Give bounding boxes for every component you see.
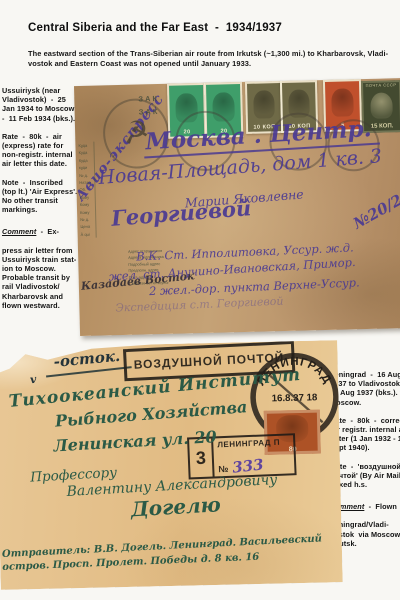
- comment-first-line: - Ex-: [36, 227, 59, 236]
- cover-ussuiriysk-card: Авио-экспресс ☭ ЗАК ЗАК LETTRE Куда Куда…: [74, 78, 400, 336]
- exhibit-page: Central Siberia and the Far East - 1934/…: [0, 0, 400, 600]
- right-caption-rate: Rate - 80k - correct for registr. intern…: [330, 416, 400, 453]
- stamp-figure: [331, 88, 353, 116]
- page-title: Central Siberia and the Far East - 1934/…: [28, 22, 282, 34]
- cds-date-text: 16.8.37 18: [272, 392, 319, 404]
- vladivostok-script-end: -осток.: [53, 347, 121, 371]
- card-form-labels: Куда Куда Куда куди № д. Натар. Об. Кому…: [78, 142, 97, 239]
- left-caption-origin: Ussuiriysk (near Vladivostok) - 25 Jan 1…: [2, 86, 80, 123]
- comment-label: Comment: [2, 227, 36, 236]
- stamp-row: 20 20 10 КОП 10 КОП 5 ПОЧТА СССР 15 КОП.: [74, 78, 400, 86]
- page-subtitle: The eastward section of the Trans-Siberi…: [28, 49, 388, 69]
- right-caption-origin: Leningrad - 16 Aug 1937 to Vladivostok 2…: [330, 370, 400, 407]
- left-caption-comment-tail: press air letter from Ussuiriysk train s…: [2, 246, 80, 310]
- registration-city: ЛЕНИНГРАД П: [217, 437, 289, 449]
- stamp-figure: [253, 90, 275, 118]
- address-surname: Георгиевой: [110, 195, 252, 231]
- imprint-inscription: ПОЧТА СССР: [366, 82, 397, 88]
- registration-no-label: №: [218, 464, 228, 474]
- faint-notation: Экспедиция с.т. Георгиевой: [115, 295, 284, 315]
- check-mark: v: [29, 373, 37, 387]
- address-surname: Догелю: [130, 492, 221, 521]
- cover-leningrad-envelope: -осток. v ВОЗДУШНОЙ ПОЧТОЙ ЛЕНИНГРАД 1 Э…: [0, 340, 343, 590]
- registration-no-value: 333: [232, 459, 264, 472]
- left-caption-rate: Rate - 80k - air (express) rate for non-…: [2, 132, 80, 169]
- left-caption: Ussuiriysk (near Vladivostok) - 25 Jan 1…: [2, 86, 80, 319]
- left-caption-comment: Comment - Ex-: [2, 227, 80, 236]
- card-imprint-zak: ЗАК ЗАК: [138, 92, 159, 118]
- comment-first-line: - Flown: [364, 502, 397, 511]
- address-number: №20/2: [350, 191, 400, 233]
- left-caption-note: Note - Inscribed (top lt.) 'Air Express'…: [2, 178, 80, 215]
